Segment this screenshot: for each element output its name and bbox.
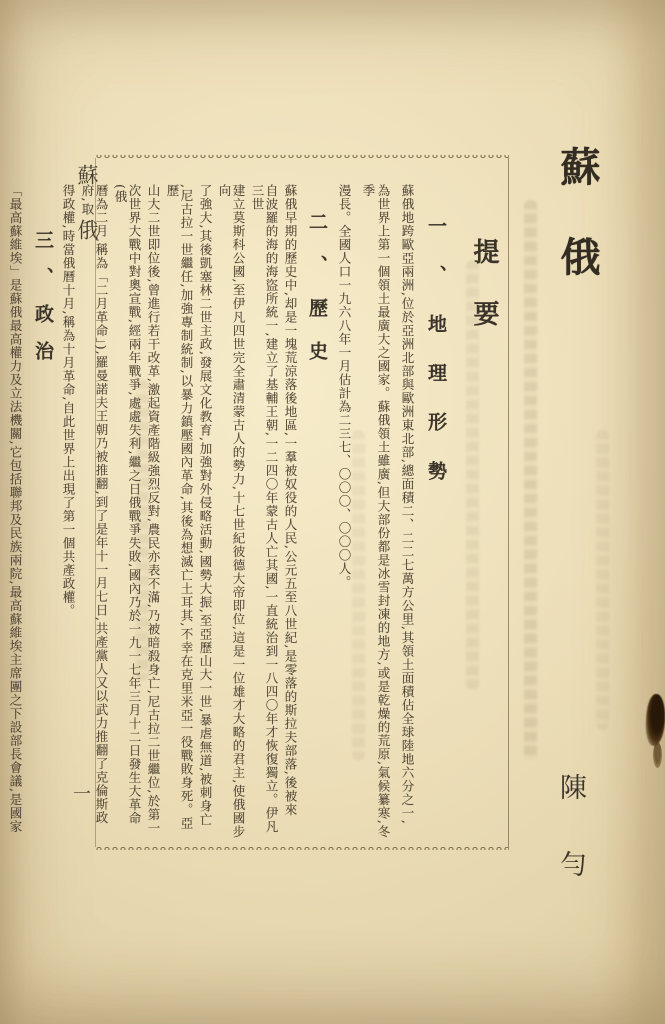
section-heading-geography: 一、地理形勢 [425,184,447,839]
content-frame: 提要 一、地理形勢 蘇俄地跨歐亞兩洲,位於亞洲北部與歐洲東北部,總面積二、二二七… [95,158,509,847]
bleedthrough-ghost [136,380,149,680]
author-name: 陳勻 [551,773,590,927]
section-heading-history: 二、歷史 [306,184,328,839]
text-column: 自波羅的海的海盜所統一,建立了基輔王朝,一二四〇年蒙古人亡其國,一直統治到一八四… [250,184,278,839]
text-column: 了強大,其後凱塞林二世主政,發展文化教育,加強對外侵略活動,國勢大振,至亞歷山大… [198,184,212,839]
bleedthrough-ghost [466,260,479,690]
text-column: 為世界上第一個領土最廣大之國家。蘇俄領土雖廣,但大部份都是冰雪封凍的地方,或是乾… [361,184,391,839]
text-column: 曆為二月,稱為「二月革命」),羅曼諾夫王朝乃被推翻,到了是年十一月七日,共產黨人… [80,184,108,839]
text-column: 蘇俄地跨歐亞兩洲,位於亞洲北部與歐洲東北部,總面積二、二二七萬方公里,其領土面積… [400,184,415,839]
ink-stain-tail [653,742,662,768]
page-title: 蘇俄 [549,146,606,326]
text-column: ,尼古拉一世繼任,加強專制統制,以暴力鎮壓國內革命,其後為想滅亡土耳其,不幸在克… [165,184,193,839]
scanned-document-page: 蘇俄 陳勻 蘇俄 一 提要 一、地理形勢 蘇俄地跨歐亞兩洲,位於亞洲北部與歐洲東… [0,0,665,1024]
text-column: 蘇俄早期的歷史中,却是一塊荒涼落後地區,一羣被奴役的人民,公元五至八世紀,是零落… [283,184,297,839]
text-column: 「最高蘇維埃」是蘇俄最高權力及立法機關,它包括聯邦及民族兩院,最高蘇維埃主席團之… [8,184,22,839]
bleedthrough-ghost [524,200,537,760]
bleedthrough-ghost [352,430,365,760]
text-column: 建立莫斯科公國,至伊凡四世完全肅清蒙古人的勢力,十七世紀彼德大帝即位,這是一位雄… [217,184,245,839]
document-body: 提要 一、地理形勢 蘇俄地跨歐亞兩洲,位於亞洲北部與歐洲東北部,總面積二、二二七… [0,158,508,847]
text-column: 漫長。全國人口一九六八年一月估計為二三七、〇〇〇、〇〇〇人。 [337,184,352,839]
ink-stain [644,693,665,746]
section-heading-politics: 三、政治 [32,184,54,839]
bleedthrough-ghost [596,430,609,730]
text-column: 得政權,時當俄曆十月,稱為十月革命,自此世界上出現了第一個共產政權。 [61,184,75,839]
